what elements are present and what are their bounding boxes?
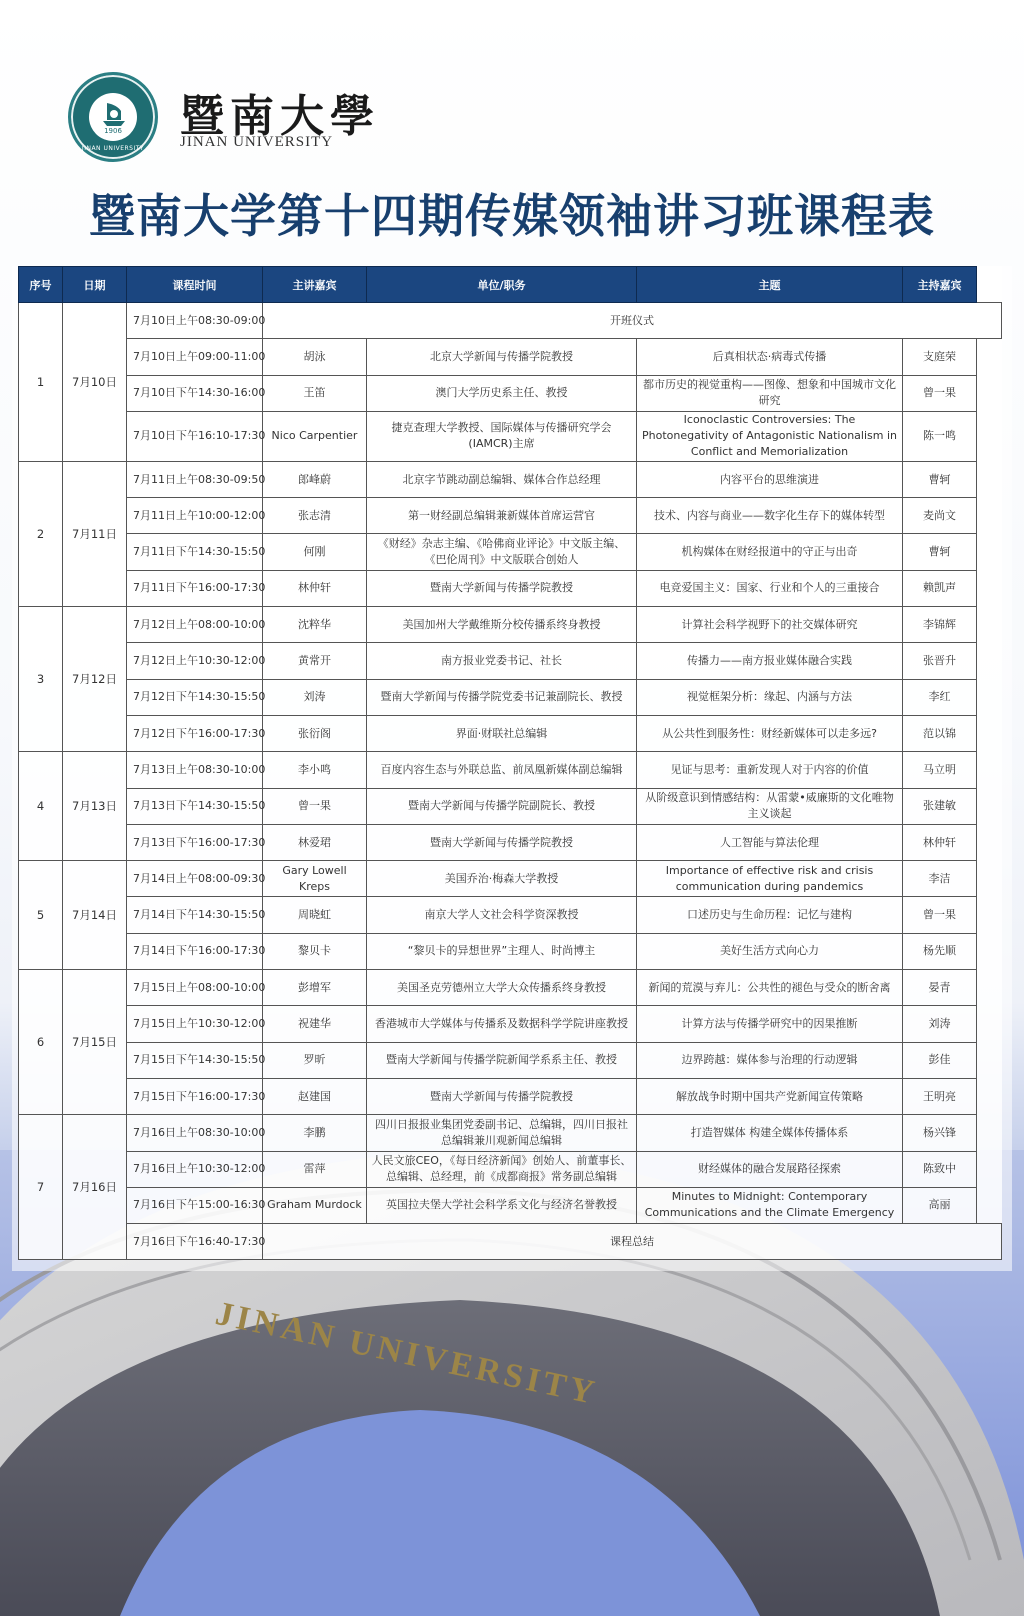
- session-number-cell: 4: [19, 752, 63, 861]
- host-cell: 张晋升: [903, 643, 977, 679]
- speaker-cell: 赵建国: [263, 1078, 367, 1114]
- university-seal-logo: 1906 JINAN UNIVERSITY: [68, 72, 158, 162]
- topic-cell: Minutes to Midnight: Contemporary Commun…: [637, 1187, 903, 1223]
- topic-cell: 打造智媒体 构建全媒体传播体系: [637, 1115, 903, 1151]
- speaker-cell: 曾一果: [263, 788, 367, 824]
- time-cell: 7月10日上午09:00-11:00: [127, 339, 263, 375]
- time-cell: 7月16日上午08:30-10:00: [127, 1115, 263, 1151]
- speaker-cell: 沈粹华: [263, 607, 367, 643]
- time-cell: 7月16日下午16:40-17:30: [127, 1224, 263, 1260]
- organization-cell: 美国乔治·梅森大学教授: [367, 861, 637, 897]
- page-header: 1906 JINAN UNIVERSITY 暨南大學 JINAN UNIVERS…: [0, 0, 1024, 270]
- topic-cell: 从阶级意识到情感结构：从雷蒙•威廉斯的文化唯物主义谈起: [637, 788, 903, 824]
- table-row: 7月11日上午10:00-12:00张志清第一财经副总编辑兼新媒体首席运营官技术…: [19, 498, 1002, 534]
- table-row: 47月13日7月13日上午08:30-10:00李小鸣百度内容生态与外联总监、前…: [19, 752, 1002, 788]
- speaker-cell: Nico Carpentier: [263, 411, 367, 461]
- topic-cell: 内容平台的思维演进: [637, 461, 903, 497]
- host-cell: 王明亮: [903, 1078, 977, 1114]
- table-row: 7月11日下午14:30-15:50何刚《财经》杂志主编、《哈佛商业评论》中文版…: [19, 534, 1002, 570]
- speaker-cell: 林爱珺: [263, 824, 367, 860]
- speaker-cell: 林仲轩: [263, 570, 367, 606]
- host-cell: 陈致中: [903, 1151, 977, 1187]
- schedule-body: 17月10日7月10日上午08:30-09:00开班仪式7月10日上午09:00…: [19, 303, 1002, 1260]
- table-row: 7月10日下午16:10-17:30Nico Carpentier捷克查理大学教…: [19, 411, 1002, 461]
- date-cell: 7月10日: [63, 303, 127, 462]
- topic-cell: 计算方法与传播学研究中的因果推断: [637, 1006, 903, 1042]
- table-row: 37月12日7月12日上午08:00-10:00沈粹华美国加州大学戴维斯分校传播…: [19, 607, 1002, 643]
- organization-cell: “黎贝卡的异想世界”主理人、时尚博主: [367, 933, 637, 969]
- table-row: 7月10日下午14:30-16:00王笛澳门大学历史系主任、教授都市历史的视觉重…: [19, 375, 1002, 411]
- host-cell: 赖凯声: [903, 570, 977, 606]
- host-cell: 陈一鸣: [903, 411, 977, 461]
- column-header-host: 主持嘉宾: [903, 267, 977, 303]
- time-cell: 7月10日上午08:30-09:00: [127, 303, 263, 339]
- topic-cell: 美好生活方式向心力: [637, 933, 903, 969]
- organization-cell: 美国加州大学戴维斯分校传播系终身教授: [367, 607, 637, 643]
- time-cell: 7月10日下午16:10-17:30: [127, 411, 263, 461]
- host-cell: 晏青: [903, 970, 977, 1006]
- organization-cell: 百度内容生态与外联总监、前凤凰新媒体副总编辑: [367, 752, 637, 788]
- table-row: 7月12日下午14:30-15:50刘涛暨南大学新闻与传播学院党委书记兼副院长、…: [19, 679, 1002, 715]
- table-row: 7月15日下午14:30-15:50罗昕暨南大学新闻与传播学院新闻学系系主任、教…: [19, 1042, 1002, 1078]
- speaker-cell: 李鹏: [263, 1115, 367, 1151]
- host-cell: 杨先顺: [903, 933, 977, 969]
- table-row: 17月10日7月10日上午08:30-09:00开班仪式: [19, 303, 1002, 339]
- time-cell: 7月15日上午08:00-10:00: [127, 970, 263, 1006]
- organization-cell: 澳门大学历史系主任、教授: [367, 375, 637, 411]
- time-cell: 7月12日上午08:00-10:00: [127, 607, 263, 643]
- session-number-cell: 1: [19, 303, 63, 462]
- table-row: 7月11日下午16:00-17:30林仲轩暨南大学新闻与传播学院教授电竞爱国主义…: [19, 570, 1002, 606]
- schedule-panel: 序号 日期 课程时间 主讲嘉宾 单位/职务 主题 主持嘉宾 17月10日7月10…: [12, 266, 1012, 1271]
- table-row: 7月16日上午10:30-12:00雷萍人民文旅CEO，《每日经济新闻》创始人、…: [19, 1151, 1002, 1187]
- time-cell: 7月16日上午10:30-12:00: [127, 1151, 263, 1187]
- topic-cell: 新闻的荒漠与弃儿：公共性的褪色与受众的断舍离: [637, 970, 903, 1006]
- topic-cell: 从公共性到服务性：财经新媒体可以走多远?: [637, 715, 903, 751]
- table-row: 67月15日7月15日上午08:00-10:00彭增军美国圣克劳德州立大学大众传…: [19, 970, 1002, 1006]
- topic-cell: 口述历史与生命历程：记忆与建构: [637, 897, 903, 933]
- organization-cell: 暨南大学新闻与传播学院教授: [367, 570, 637, 606]
- speaker-cell: 张衍阁: [263, 715, 367, 751]
- speaker-cell: Graham Murdock: [263, 1187, 367, 1223]
- logo-english-name: JINAN UNIVERSITY: [180, 134, 333, 151]
- column-header-topic: 主题: [637, 267, 903, 303]
- table-row: 7月13日下午14:30-15:50曾一果暨南大学新闻与传播学院副院长、教授从阶…: [19, 788, 1002, 824]
- topic-cell: 都市历史的视觉重构——图像、想象和中国城市文化研究: [637, 375, 903, 411]
- table-row: 7月14日下午16:00-17:30黎贝卡“黎贝卡的异想世界”主理人、时尚博主美…: [19, 933, 1002, 969]
- column-header-date: 日期: [63, 267, 127, 303]
- host-cell: 张建敏: [903, 788, 977, 824]
- speaker-cell: 黄常开: [263, 643, 367, 679]
- time-cell: 7月15日上午10:30-12:00: [127, 1006, 263, 1042]
- organization-cell: 暨南大学新闻与传播学院教授: [367, 824, 637, 860]
- date-cell: 7月14日: [63, 861, 127, 970]
- seal-center: 1906: [89, 93, 137, 141]
- session-number-cell: 2: [19, 461, 63, 606]
- host-cell: 李洁: [903, 861, 977, 897]
- table-row: 7月12日上午10:30-12:00黄常开南方报业党委书记、社长传播力——南方报…: [19, 643, 1002, 679]
- topic-cell: 计算社会科学视野下的社交媒体研究: [637, 607, 903, 643]
- speaker-cell: 胡泳: [263, 339, 367, 375]
- speaker-cell: 周晓虹: [263, 897, 367, 933]
- date-cell: 7月13日: [63, 752, 127, 861]
- time-cell: 7月14日下午16:00-17:30: [127, 933, 263, 969]
- topic-cell: Importance of effective risk and crisis …: [637, 861, 903, 897]
- host-cell: 支庭荣: [903, 339, 977, 375]
- host-cell: 高丽: [903, 1187, 977, 1223]
- topic-cell: 传播力——南方报业媒体融合实践: [637, 643, 903, 679]
- organization-cell: 暨南大学新闻与传播学院党委书记兼副院长、教授: [367, 679, 637, 715]
- topic-cell: 电竞爱国主义：国家、行业和个人的三重接合: [637, 570, 903, 606]
- speaker-cell: 雷萍: [263, 1151, 367, 1187]
- table-row: 7月12日下午16:00-17:30张衍阁界面·财联社总编辑从公共性到服务性：财…: [19, 715, 1002, 751]
- organization-cell: 四川日报报业集团党委副书记、总编辑，四川日报社总编辑兼川观新闻总编辑: [367, 1115, 637, 1151]
- column-header-speaker: 主讲嘉宾: [263, 267, 367, 303]
- organization-cell: 北京大学新闻与传播学院教授: [367, 339, 637, 375]
- organization-cell: 暨南大学新闻与传播学院新闻学系系主任、教授: [367, 1042, 637, 1078]
- table-row: 7月15日下午16:00-17:30赵建国暨南大学新闻与传播学院教授解放战争时期…: [19, 1078, 1002, 1114]
- organization-cell: 英国拉夫堡大学社会科学系文化与经济名誉教授: [367, 1187, 637, 1223]
- host-cell: 李红: [903, 679, 977, 715]
- date-cell: 7月12日: [63, 607, 127, 752]
- time-cell: 7月10日下午14:30-16:00: [127, 375, 263, 411]
- topic-cell: 解放战争时期中国共产党新闻宣传策略: [637, 1078, 903, 1114]
- organization-cell: 南方报业党委书记、社长: [367, 643, 637, 679]
- host-cell: 刘涛: [903, 1006, 977, 1042]
- page-title: 暨南大学第十四期传媒领袖讲习班课程表: [0, 180, 1024, 246]
- time-cell: 7月11日下午14:30-15:50: [127, 534, 263, 570]
- organization-cell: 人民文旅CEO，《每日经济新闻》创始人、前董事长、总编辑、总经理，前《成都商报》…: [367, 1151, 637, 1187]
- column-header-seq: 序号: [19, 267, 63, 303]
- ceremony-cell: 课程总结: [263, 1224, 1002, 1260]
- column-header-organization: 单位/职务: [367, 267, 637, 303]
- time-cell: 7月13日下午14:30-15:50: [127, 788, 263, 824]
- host-cell: 曹轲: [903, 461, 977, 497]
- host-cell: 曹轲: [903, 534, 977, 570]
- time-cell: 7月12日上午10:30-12:00: [127, 643, 263, 679]
- organization-cell: 暨南大学新闻与传播学院副院长、教授: [367, 788, 637, 824]
- time-cell: 7月13日上午08:30-10:00: [127, 752, 263, 788]
- organization-cell: 北京字节跳动副总编辑、媒体合作总经理: [367, 461, 637, 497]
- table-row: 77月16日7月16日上午08:30-10:00李鹏四川日报报业集团党委副书记、…: [19, 1115, 1002, 1151]
- speaker-cell: 郎峰蔚: [263, 461, 367, 497]
- time-cell: 7月11日下午16:00-17:30: [127, 570, 263, 606]
- speaker-cell: 黎贝卡: [263, 933, 367, 969]
- table-header-row: 序号 日期 课程时间 主讲嘉宾 单位/职务 主题 主持嘉宾: [19, 267, 1002, 303]
- session-number-cell: 7: [19, 1115, 63, 1260]
- organization-cell: 捷克查理大学教授、国际媒体与传播研究学会(IAMCR)主席: [367, 411, 637, 461]
- time-cell: 7月15日下午16:00-17:30: [127, 1078, 263, 1114]
- time-cell: 7月12日下午16:00-17:30: [127, 715, 263, 751]
- topic-cell: 财经媒体的融合发展路径探索: [637, 1151, 903, 1187]
- session-number-cell: 6: [19, 970, 63, 1115]
- table-row: 27月11日7月11日上午08:30-09:50郎峰蔚北京字节跳动副总编辑、媒体…: [19, 461, 1002, 497]
- schedule-table: 序号 日期 课程时间 主讲嘉宾 单位/职务 主题 主持嘉宾 17月10日7月10…: [18, 266, 1002, 1260]
- organization-cell: 界面·财联社总编辑: [367, 715, 637, 751]
- speaker-cell: 罗昕: [263, 1042, 367, 1078]
- organization-cell: 第一财经副总编辑兼新媒体首席运营官: [367, 498, 637, 534]
- table-row: 7月15日上午10:30-12:00祝建华香港城市大学媒体与传播系及数据科学学院…: [19, 1006, 1002, 1042]
- host-cell: 李锦辉: [903, 607, 977, 643]
- host-cell: 彭佳: [903, 1042, 977, 1078]
- time-cell: 7月14日上午08:00-09:30: [127, 861, 263, 897]
- ship-emblem-icon: [99, 99, 129, 129]
- table-row: 7月14日下午14:30-15:50周晓虹南京大学人文社会科学资深教授口述历史与…: [19, 897, 1002, 933]
- topic-cell: Iconoclastic Controversies: The Photoneg…: [637, 411, 903, 461]
- date-cell: 7月11日: [63, 461, 127, 606]
- host-cell: 麦尚文: [903, 498, 977, 534]
- organization-cell: 美国圣克劳德州立大学大众传播系终身教授: [367, 970, 637, 1006]
- column-header-time: 课程时间: [127, 267, 263, 303]
- topic-cell: 机构媒体在财经报道中的守正与出奇: [637, 534, 903, 570]
- topic-cell: 技术、内容与商业——数字化生存下的媒体转型: [637, 498, 903, 534]
- table-row: 7月10日上午09:00-11:00胡泳北京大学新闻与传播学院教授后真相状态·病…: [19, 339, 1002, 375]
- speaker-cell: 祝建华: [263, 1006, 367, 1042]
- date-cell: 7月16日: [63, 1115, 127, 1260]
- host-cell: 林仲轩: [903, 824, 977, 860]
- topic-cell: 后真相状态·病毒式传播: [637, 339, 903, 375]
- topic-cell: 边界跨越：媒体参与治理的行动逻辑: [637, 1042, 903, 1078]
- organization-cell: 香港城市大学媒体与传播系及数据科学学院讲座教授: [367, 1006, 637, 1042]
- time-cell: 7月11日上午08:30-09:50: [127, 461, 263, 497]
- time-cell: 7月11日上午10:00-12:00: [127, 498, 263, 534]
- speaker-cell: Gary Lowell Kreps: [263, 861, 367, 897]
- table-row: 7月16日下午16:40-17:30课程总结: [19, 1224, 1002, 1260]
- time-cell: 7月15日下午14:30-15:50: [127, 1042, 263, 1078]
- host-cell: 杨兴锋: [903, 1115, 977, 1151]
- organization-cell: 《财经》杂志主编、《哈佛商业评论》中文版主编、《巴伦周刊》中文版联合创始人: [367, 534, 637, 570]
- date-cell: 7月15日: [63, 970, 127, 1115]
- time-cell: 7月12日下午14:30-15:50: [127, 679, 263, 715]
- table-row: 7月16日下午15:00-16:30Graham Murdock英国拉夫堡大学社…: [19, 1187, 1002, 1223]
- time-cell: 7月16日下午15:00-16:30: [127, 1187, 263, 1223]
- seal-year: 1906: [89, 127, 137, 135]
- speaker-cell: 李小鸣: [263, 752, 367, 788]
- seal-ring-text: JINAN UNIVERSITY: [71, 145, 155, 152]
- speaker-cell: 刘涛: [263, 679, 367, 715]
- session-number-cell: 5: [19, 861, 63, 970]
- host-cell: 马立明: [903, 752, 977, 788]
- host-cell: 范以锦: [903, 715, 977, 751]
- speaker-cell: 何刚: [263, 534, 367, 570]
- ceremony-cell: 开班仪式: [263, 303, 1002, 339]
- topic-cell: 见证与思考：重新发现人对于内容的价值: [637, 752, 903, 788]
- time-cell: 7月13日下午16:00-17:30: [127, 824, 263, 860]
- table-row: 57月14日7月14日上午08:00-09:30Gary Lowell Krep…: [19, 861, 1002, 897]
- session-number-cell: 3: [19, 607, 63, 752]
- topic-cell: 视觉框架分析：缘起、内涵与方法: [637, 679, 903, 715]
- speaker-cell: 王笛: [263, 375, 367, 411]
- time-cell: 7月14日下午14:30-15:50: [127, 897, 263, 933]
- host-cell: 曾一果: [903, 897, 977, 933]
- organization-cell: 暨南大学新闻与传播学院教授: [367, 1078, 637, 1114]
- speaker-cell: 彭增军: [263, 970, 367, 1006]
- speaker-cell: 张志清: [263, 498, 367, 534]
- organization-cell: 南京大学人文社会科学资深教授: [367, 897, 637, 933]
- topic-cell: 人工智能与算法伦理: [637, 824, 903, 860]
- host-cell: 曾一果: [903, 375, 977, 411]
- table-row: 7月13日下午16:00-17:30林爱珺暨南大学新闻与传播学院教授人工智能与算…: [19, 824, 1002, 860]
